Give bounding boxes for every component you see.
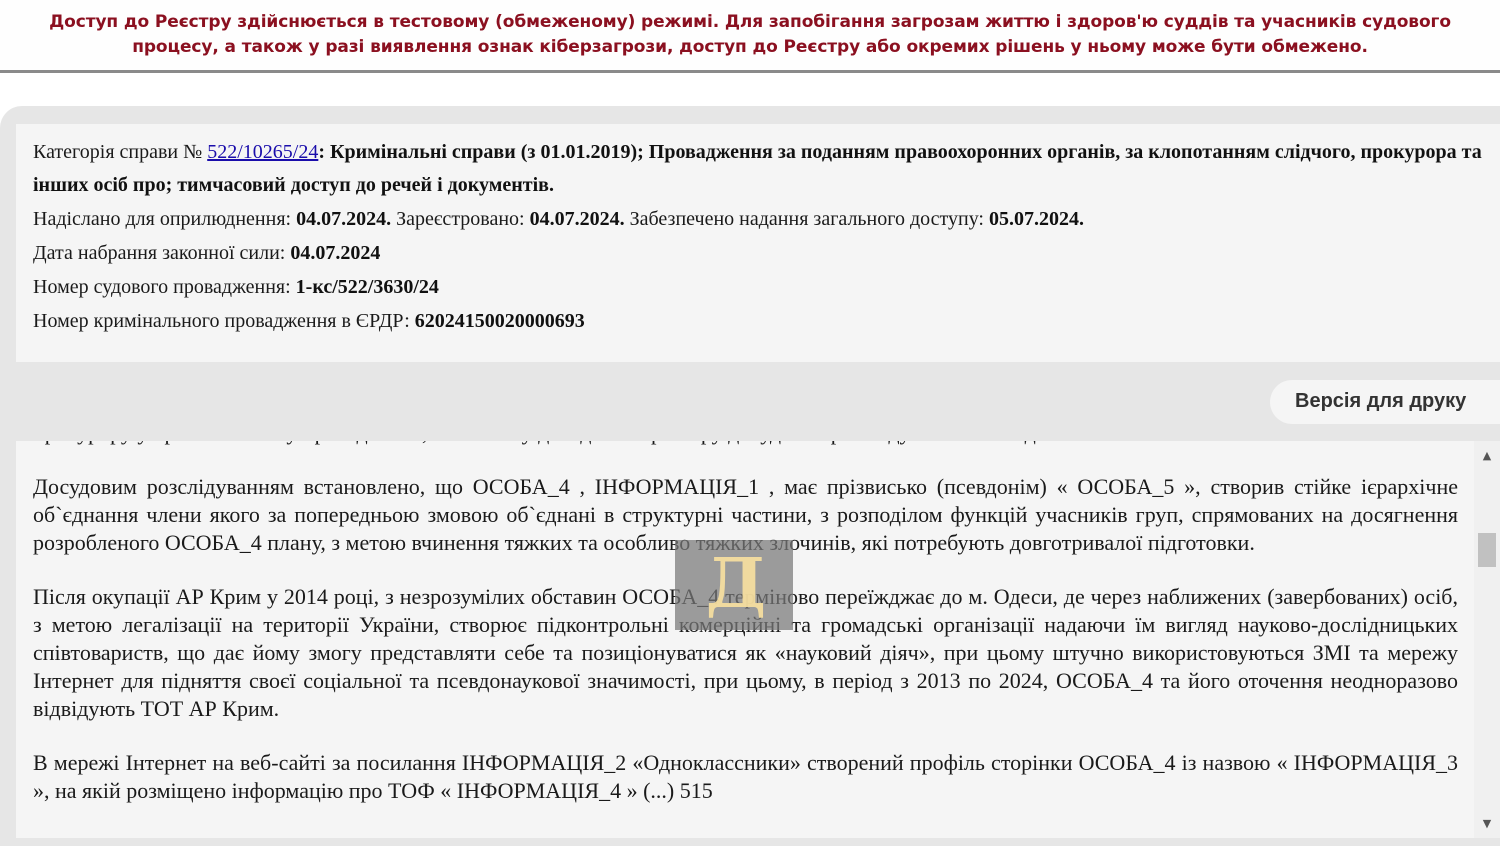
paragraph: Після окупації АР Крим у 2014 році, з не… — [33, 583, 1458, 723]
decision-text-frame[interactable]: прокурору у кримінальному провадженні, в… — [16, 441, 1500, 838]
sent-label: Надіслано для оприлюднення: — [33, 208, 296, 230]
decision-text: прокурору у кримінальному провадженні, в… — [33, 441, 1458, 831]
court-case-row: Номер судового провадження: 1-кс/522/363… — [33, 270, 1483, 304]
court-case-label: Номер судового провадження: — [33, 276, 296, 298]
category-label: Категорія справи № — [33, 141, 207, 163]
case-number-link[interactable]: 522/10265/24 — [207, 141, 318, 163]
case-category: Категорія справи № 522/10265/24: Криміна… — [33, 136, 1483, 202]
registered-label: Зареєстровано: — [391, 208, 530, 230]
paragraph: прокурору у кримінальному провадженні, в… — [33, 441, 1458, 447]
scroll-thumb[interactable] — [1478, 533, 1496, 567]
paragraph: Досудовим розслідуванням встановлено, що… — [33, 473, 1458, 557]
case-metadata-panel: Категорія справи № 522/10265/24: Криміна… — [16, 124, 1500, 362]
access-label: Забезпечено надання загального доступу: — [625, 208, 989, 230]
registered-date: 04.07.2024. — [530, 208, 625, 230]
sent-date: 04.07.2024. — [296, 208, 391, 230]
erdr-number: 62024150020000693 — [415, 310, 585, 332]
effective-label: Дата набрання законної сили: — [33, 242, 290, 264]
notice-line-2: процесу, а також у разі виявлення ознак … — [0, 35, 1500, 60]
frame-bottom-border — [0, 838, 1500, 846]
scroll-down-arrow-icon[interactable]: ▼ — [1474, 814, 1500, 834]
scroll-up-arrow-icon[interactable]: ▲ — [1474, 446, 1500, 466]
vertical-scrollbar[interactable]: ▲ ▼ — [1474, 441, 1500, 838]
paragraph: В мережі Інтернет на веб-сайті за посила… — [33, 749, 1458, 805]
erdr-label: Номер кримінального провадження в ЄРДР: — [33, 310, 415, 332]
notice-line-1: Доступ до Реєстру здійснюється в тестово… — [0, 10, 1500, 35]
effective-date: 04.07.2024 — [290, 242, 380, 264]
erdr-row: Номер кримінального провадження в ЄРДР: … — [33, 304, 1483, 338]
print-version-button[interactable]: Версія для друку — [1270, 380, 1500, 424]
court-case-number: 1-кс/522/3630/24 — [296, 276, 439, 298]
access-date: 05.07.2024. — [989, 208, 1084, 230]
effective-date-row: Дата набрання законної сили: 04.07.2024 — [33, 236, 1483, 270]
test-mode-notice-banner: Доступ до Реєстру здійснюється в тестово… — [0, 0, 1500, 73]
publication-dates: Надіслано для оприлюднення: 04.07.2024. … — [33, 202, 1483, 236]
